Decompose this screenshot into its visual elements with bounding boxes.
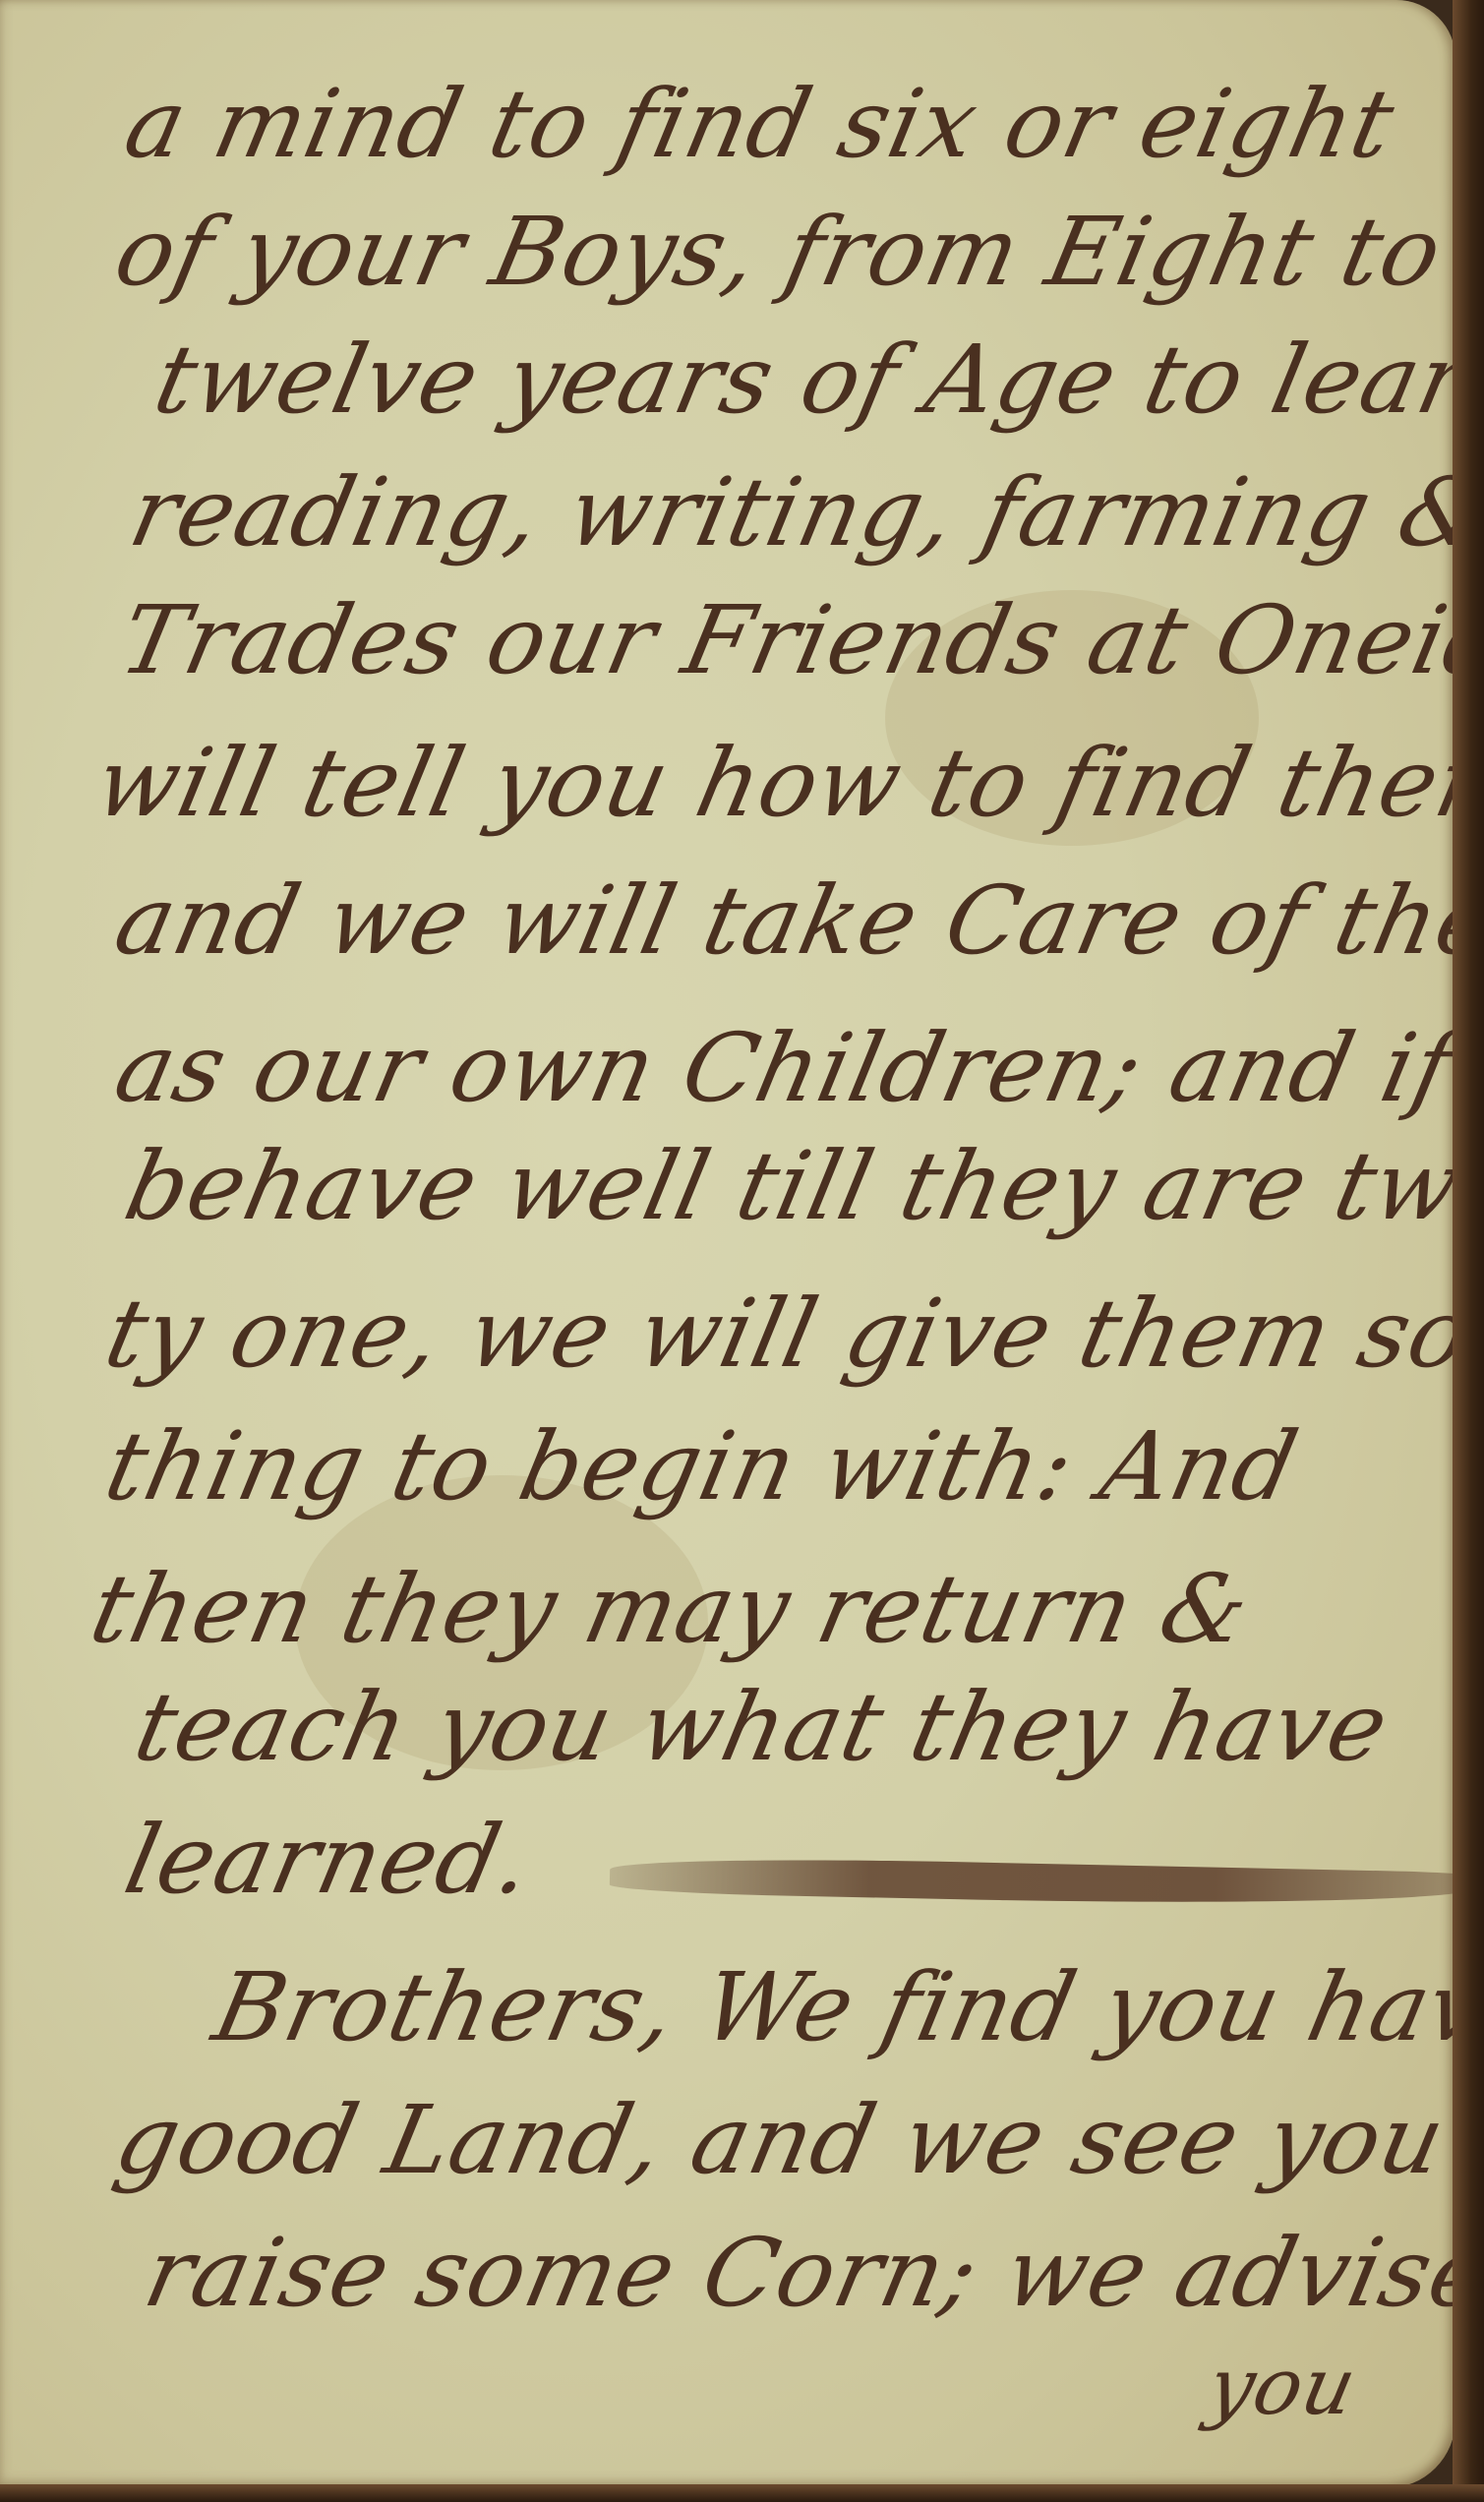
- text-line: and we will take Care of them,: [106, 865, 1484, 976]
- catchword: you: [1200, 2341, 1365, 2432]
- text-line: Trades our Friends at Oneida: [111, 585, 1484, 695]
- manuscript-page: a mind to find six or eight of your Boys…: [0, 0, 1455, 2488]
- book-binding-edge: [1453, 0, 1484, 2502]
- text-line: learned.: [116, 1805, 542, 1915]
- text-line: will tell you how to find them;: [87, 728, 1484, 838]
- text-line: then they may return &: [82, 1554, 1259, 1664]
- text-line: twelve years of Age to learn: [146, 325, 1484, 435]
- text-line: of your Boys, from Eight to: [106, 197, 1452, 307]
- text-line: as our own Children; and if they: [106, 1013, 1484, 1123]
- text-line: ty one, we will give them som: [96, 1279, 1484, 1389]
- text-line: reading, writing, farming &: [121, 457, 1484, 567]
- text-line: a mind to find six or eight: [116, 69, 1403, 179]
- text-line: thing to begin with: And: [96, 1411, 1307, 1521]
- text-line: good Land, and we see you: [106, 2085, 1454, 2195]
- text-line: behave well till they are twen: [116, 1131, 1484, 1241]
- book-bottom-edge: [0, 2484, 1484, 2502]
- text-line: teach you what they have: [126, 1672, 1397, 1782]
- text-line: raise some Corn; we advise: [136, 2218, 1484, 2328]
- text-line: Brothers, We find you have: [205, 1952, 1484, 2062]
- ink-flourish-line: [610, 1855, 1476, 1910]
